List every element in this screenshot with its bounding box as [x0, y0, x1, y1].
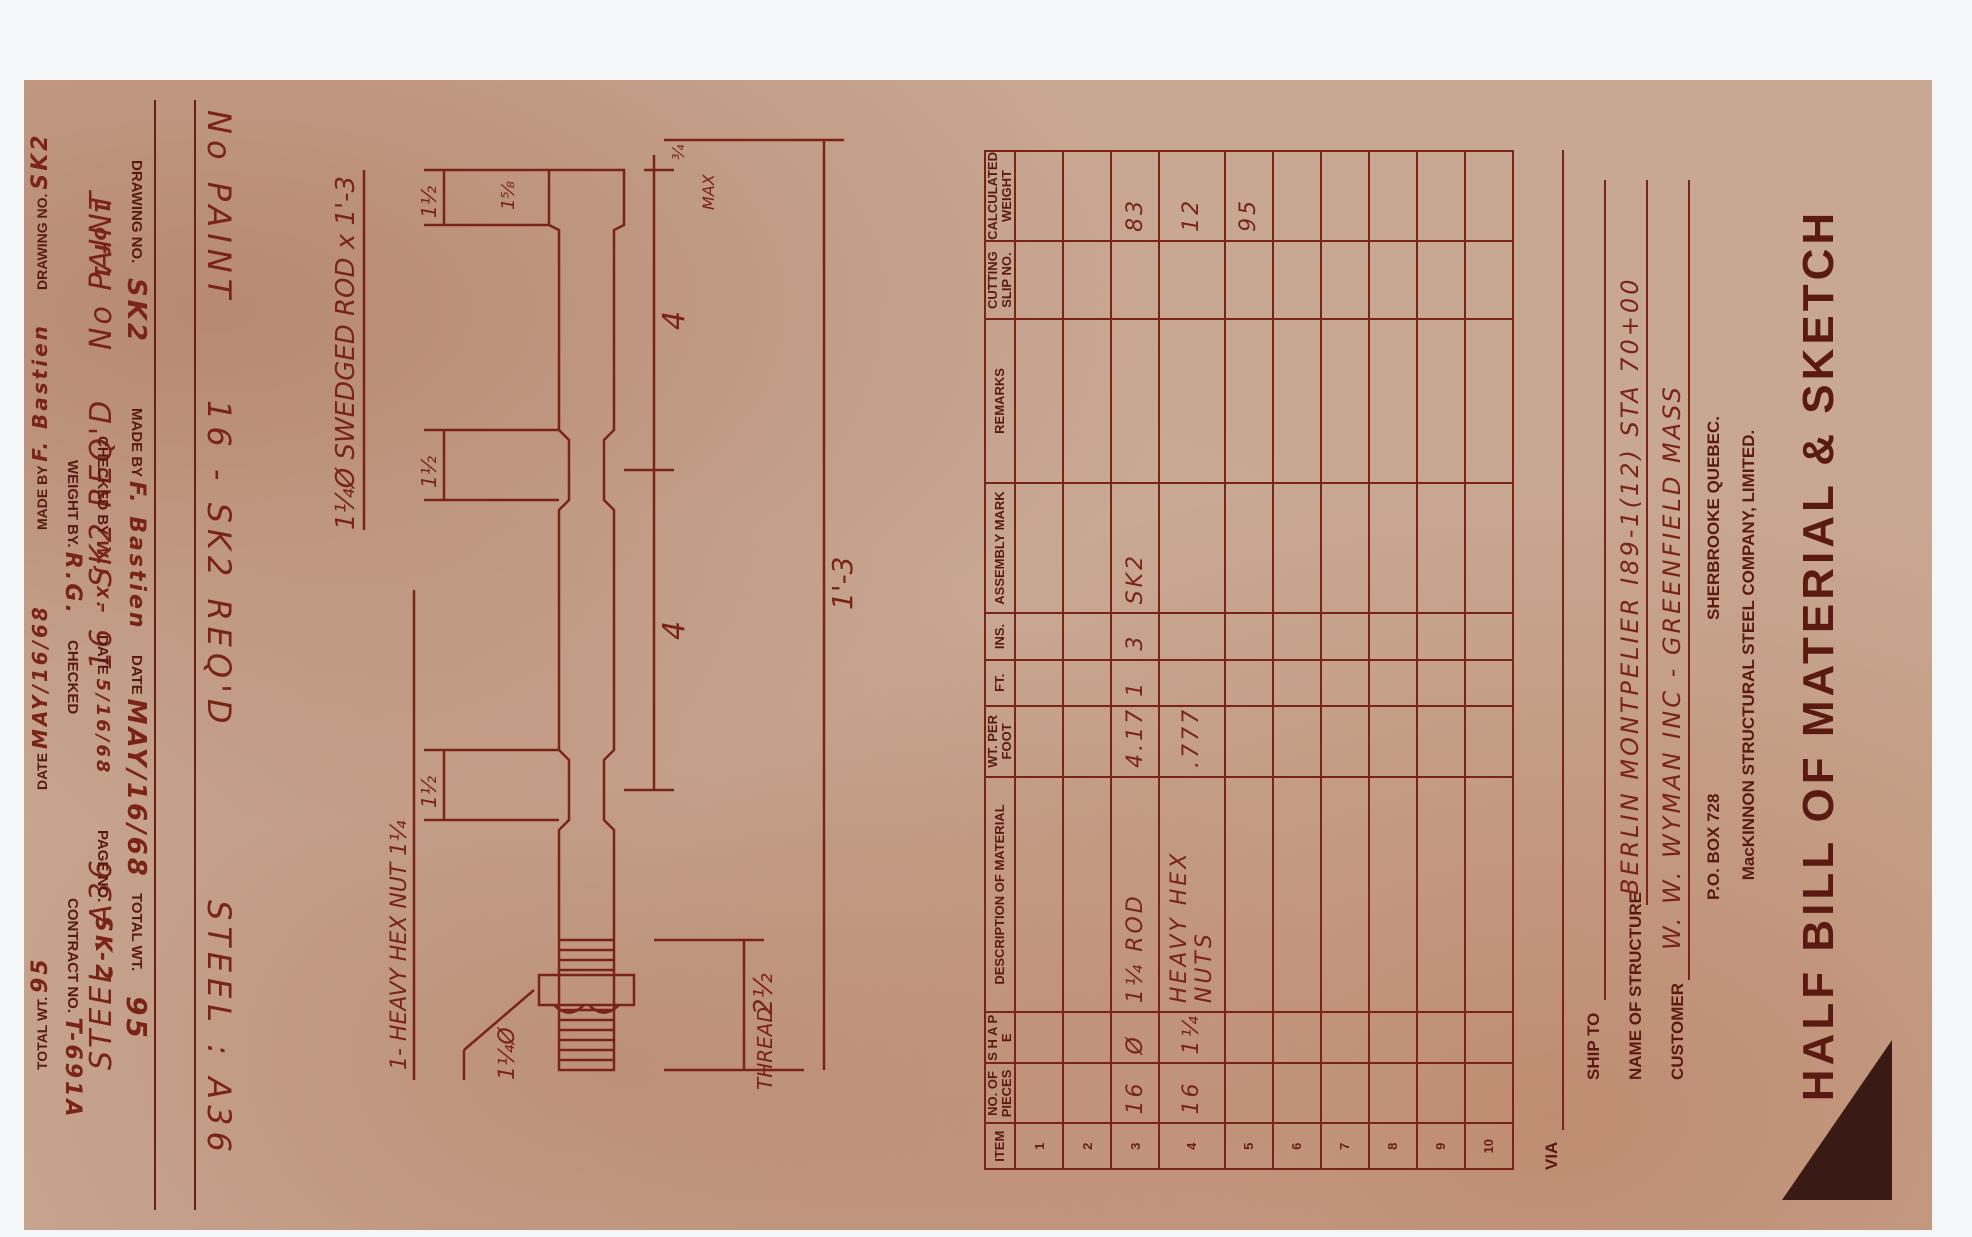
- length-ins-cell: 3: [1111, 613, 1159, 659]
- remarks-cell: [1465, 319, 1513, 482]
- made-by-value: F. Bastien: [124, 481, 149, 631]
- wt-per-foot-cell: [1225, 706, 1273, 777]
- calculated-weight-cell: [1417, 151, 1465, 241]
- customer-label: CUSTOMER: [1668, 983, 1688, 1080]
- remarks-cell: [1063, 319, 1111, 482]
- length-ins-cell: [1465, 613, 1513, 659]
- remarks-cell: [1159, 319, 1225, 482]
- length-ft-cell: [1063, 660, 1111, 706]
- rotated-form: HALF BILL OF MATERIAL & SKETCH MacKINNON…: [24, 80, 1932, 1230]
- header-item: ITEM: [985, 1123, 1015, 1169]
- header-remarks: REMARKS: [985, 319, 1015, 482]
- cutting-slip-cell: [1063, 241, 1111, 319]
- shape-cell: [1465, 1012, 1513, 1063]
- assembly-mark-cell: [1063, 483, 1111, 614]
- table-row: 7: [1321, 151, 1369, 1169]
- contract-no-label: CONTRACT NO.: [64, 898, 81, 1013]
- item-number: 2: [1063, 1123, 1111, 1169]
- shape-cell: Ø: [1111, 1012, 1159, 1063]
- sheet-of-value: 1 of 1: [90, 200, 114, 282]
- checked-row: 1 of 1 CHECKED BY W.J.X. DATE 5/16/68 PA…: [90, 160, 115, 983]
- form-title: HALF BILL OF MATERIAL & SKETCH: [1794, 80, 1844, 1230]
- wt-per-foot-cell: [1369, 706, 1417, 777]
- title-block-overlay: No PAINT 16 - SK2 REQ'D STEEL : A36 DRAW…: [24, 80, 284, 1230]
- ship-to-underline: [1604, 180, 1606, 1000]
- description-cell: [1273, 777, 1321, 1012]
- max-dia-label: 1⅝: [498, 181, 519, 210]
- calculated-weight-cell: [1465, 151, 1513, 241]
- header-length-ft: FT.: [985, 660, 1015, 706]
- shape-cell: [1321, 1012, 1369, 1063]
- rod-sketch: 1'-3 2½ THREAD ¾ 4 4 1½ 1½ 1½ 1⅝ MAX 1¼Ø…: [184, 80, 964, 1230]
- assembly-mark-cell: [1225, 483, 1273, 614]
- description-cell: HEAVY HEX NUTS: [1159, 777, 1225, 1012]
- shape-cell: [1015, 1012, 1063, 1063]
- assembly-mark-cell: [1465, 483, 1513, 614]
- table-row: 5 95: [1225, 151, 1273, 1169]
- table-row: 2: [1063, 151, 1111, 1169]
- remarks-cell: [1321, 319, 1369, 482]
- shape-cell: [1225, 1012, 1273, 1063]
- pieces-cell: [1273, 1063, 1321, 1123]
- pieces-cell: [1063, 1063, 1111, 1123]
- table-row: 4 16 1¼ HEAVY HEX NUTS .777 12: [1159, 151, 1225, 1169]
- length-ins-cell: [1159, 613, 1225, 659]
- shape-cell: [1417, 1012, 1465, 1063]
- swage-width-3-label: 1½: [417, 775, 441, 808]
- company-name: MacKINNON STRUCTURAL STEEL COMPANY, LIMI…: [1739, 80, 1759, 1230]
- item-number: 5: [1225, 1123, 1273, 1169]
- length-ft-cell: [1159, 660, 1225, 706]
- item-number: 10: [1465, 1123, 1513, 1169]
- assembly-mark-cell: SK2: [1111, 483, 1159, 614]
- rod-callout: 1¼Ø SWEDGED ROD x 1'-3: [331, 176, 361, 530]
- wt-per-foot-cell: [1465, 706, 1513, 777]
- table-row: 6: [1273, 151, 1321, 1169]
- pieces-cell: [1015, 1063, 1063, 1123]
- nut-dia-label: 1¼Ø: [495, 1027, 520, 1080]
- remarks-cell: [1369, 319, 1417, 482]
- structure-label: NAME OF STRUCTURE: [1626, 892, 1646, 1080]
- checked-date-value: 5/16/68: [92, 679, 113, 776]
- via-underline: [1562, 150, 1564, 1130]
- ship-to-field: SHIP TO: [1570, 180, 1610, 1080]
- description-cell: [1063, 777, 1111, 1012]
- cutting-slip-cell: [1015, 241, 1063, 319]
- description-cell: [1321, 777, 1369, 1012]
- swedged-rod-drawing: 1'-3 2½ THREAD ¾ 4 4 1½ 1½ 1½ 1⅝ MAX 1¼Ø…: [184, 80, 964, 1230]
- pieces-cell: [1225, 1063, 1273, 1123]
- description-cell: [1369, 777, 1417, 1012]
- date-label: DATE: [128, 655, 145, 695]
- table-row: 3 16 Ø 1¼ ROD 4.17 1 3 SK2 83: [1111, 151, 1159, 1169]
- cutting-slip-cell: [1273, 241, 1321, 319]
- cutting-slip-cell: [1417, 241, 1465, 319]
- assembly-mark-cell: [1159, 483, 1225, 614]
- item-number: 1: [1015, 1123, 1063, 1169]
- structure-value: BERLIN MONTPELIER I89-1(12) STA 70+00: [1616, 277, 1644, 895]
- max-label: MAX: [699, 173, 718, 210]
- bill-of-material-table: ITEM NO. OF PIECES S H A P E DESCRIPTION…: [984, 150, 1514, 1170]
- pieces-cell: 16: [1111, 1063, 1159, 1123]
- drawing-no-label: DRAWING NO.: [128, 160, 145, 263]
- cutting-slip-cell: [1111, 241, 1159, 319]
- length-ft-cell: [1225, 660, 1273, 706]
- made-by-label: MADE BY: [128, 408, 145, 477]
- nut-callout: 1- HEAVY HEX NUT 1¼: [387, 820, 412, 1070]
- thread-label: THREAD: [753, 1007, 777, 1090]
- mark-note-vertical: 16 - SK2 REQ'D: [200, 400, 238, 730]
- spacing-1-label: 4: [657, 311, 692, 330]
- description-cell: [1465, 777, 1513, 1012]
- shape-cell: [1273, 1012, 1321, 1063]
- length-ins-cell: [1273, 613, 1321, 659]
- calculated-weight-cell: [1273, 151, 1321, 241]
- calculated-weight-cell: 95: [1225, 151, 1273, 241]
- steel-note-vertical: STEEL : A36: [200, 900, 238, 1158]
- pieces-cell: [1417, 1063, 1465, 1123]
- via-field: VIA: [1528, 150, 1568, 1170]
- calculated-weight-cell: 83: [1111, 151, 1159, 241]
- structure-underline: [1646, 180, 1648, 905]
- document-sheet: HALF BILL OF MATERIAL & SKETCH MacKINNON…: [24, 80, 1932, 1230]
- remarks-cell: [1111, 319, 1159, 482]
- overall-length-label: 1'-3: [826, 557, 859, 610]
- item-number: 9: [1417, 1123, 1465, 1169]
- header-shape: S H A P E: [985, 1012, 1015, 1063]
- description-cell: 1¼ ROD: [1111, 777, 1159, 1012]
- header-cutting-slip: CUTTING SLIP NO.: [985, 241, 1015, 319]
- header-length-ins: INS.: [985, 613, 1015, 659]
- cutting-slip-cell: [1465, 241, 1513, 319]
- total-wt-value: 95: [120, 996, 153, 1041]
- page-no-label: PAGE NO.: [94, 830, 111, 902]
- cutting-slip-cell: [1225, 241, 1273, 319]
- table-header-row: ITEM NO. OF PIECES S H A P E DESCRIPTION…: [985, 151, 1015, 1169]
- wt-per-foot-cell: [1015, 706, 1063, 777]
- item-number: 8: [1369, 1123, 1417, 1169]
- title-block-border: [154, 100, 156, 1210]
- header-description: DESCRIPTION OF MATERIAL: [985, 777, 1015, 1012]
- weight-by-label: WEIGHT BY.: [64, 460, 81, 548]
- wt-per-foot-cell: [1273, 706, 1321, 777]
- calculated-weight-cell: [1063, 151, 1111, 241]
- checked-by-label: CHECKED BY: [94, 436, 111, 535]
- swage-width-2-label: 1½: [417, 455, 441, 488]
- description-cell: [1417, 777, 1465, 1012]
- item-number: 7: [1321, 1123, 1369, 1169]
- length-ft-cell: 1: [1111, 660, 1159, 706]
- length-ft-cell: [1321, 660, 1369, 706]
- drawing-no-row: DRAWING NO. SK2 MADE BY F. Bastien DATE …: [120, 160, 153, 1040]
- length-ins-cell: [1417, 613, 1465, 659]
- wt-per-foot-cell: [1063, 706, 1111, 777]
- header-assembly-mark: ASSEMBLY MARK: [985, 483, 1015, 614]
- wt-per-foot-cell: 4.17: [1111, 706, 1159, 777]
- po-box: P.O. BOX 728: [1704, 794, 1724, 900]
- item-number: 3: [1111, 1123, 1159, 1169]
- remarks-cell: [1417, 319, 1465, 482]
- remarks-cell: [1225, 319, 1273, 482]
- length-ft-cell: [1273, 660, 1321, 706]
- pieces-cell: 16: [1159, 1063, 1225, 1123]
- total-wt-label: TOTAL WT.: [128, 893, 145, 971]
- table-row: 10: [1465, 151, 1513, 1169]
- remarks-cell: [1015, 319, 1063, 482]
- calculated-weight-cell: [1321, 151, 1369, 241]
- header-calculated-weight: CALCULATED WEIGHT: [985, 151, 1015, 241]
- drawing-no-value: SK2: [121, 278, 151, 344]
- table-row: 9: [1417, 151, 1465, 1169]
- cutting-slip-cell: [1321, 241, 1369, 319]
- length-ft-cell: [1369, 660, 1417, 706]
- table-row: 1: [1015, 151, 1063, 1169]
- paint-note-vertical: No PAINT: [200, 110, 238, 304]
- wt-per-foot-cell: [1321, 706, 1369, 777]
- customer-field: CUSTOMER W. W. WYMAN INC - GREENFIELD MA…: [1654, 180, 1694, 1080]
- length-ft-cell: [1015, 660, 1063, 706]
- calculated-weight-cell: 12: [1159, 151, 1225, 241]
- assembly-mark-cell: [1369, 483, 1417, 614]
- ship-to-label: SHIP TO: [1584, 1013, 1604, 1080]
- calculated-weight-cell: [1369, 151, 1417, 241]
- customer-underline: [1688, 180, 1690, 980]
- item-number: 4: [1159, 1123, 1225, 1169]
- cutting-slip-cell: [1159, 241, 1225, 319]
- customer-value: W. W. WYMAN INC - GREENFIELD MASS: [1658, 384, 1686, 950]
- pieces-cell: [1369, 1063, 1417, 1123]
- item-number: 6: [1273, 1123, 1321, 1169]
- weight-row: WEIGHT BY. R.G. CHECKED CONTRACT NO. T-6…: [60, 160, 85, 1119]
- weight-by-value: R.G.: [60, 552, 85, 616]
- header-wt-per-foot: WT. PER FOOT: [985, 706, 1015, 777]
- pieces-cell: [1321, 1063, 1369, 1123]
- pieces-cell: [1465, 1063, 1513, 1123]
- checked-by-value: W.J.X.: [93, 540, 112, 611]
- page-no-value: SK-2: [90, 916, 115, 983]
- wt-per-foot-cell: [1417, 706, 1465, 777]
- company-city: SHERBROOKE QUEBEC.: [1704, 416, 1724, 620]
- shape-cell: [1369, 1012, 1417, 1063]
- spacing-2-label: 4: [657, 621, 692, 640]
- description-cell: [1015, 777, 1063, 1012]
- wt-per-foot-cell: .777: [1159, 706, 1225, 777]
- length-ins-cell: [1225, 613, 1273, 659]
- description-cell: [1225, 777, 1273, 1012]
- length-ins-cell: [1015, 613, 1063, 659]
- length-ft-cell: [1465, 660, 1513, 706]
- via-label: VIA: [1542, 1142, 1562, 1170]
- length-ft-cell: [1417, 660, 1465, 706]
- assembly-mark-cell: [1321, 483, 1369, 614]
- header-pieces: NO. OF PIECES: [985, 1063, 1015, 1123]
- shape-cell: 1¼: [1159, 1012, 1225, 1063]
- length-ins-cell: [1321, 613, 1369, 659]
- length-ins-cell: [1063, 613, 1111, 659]
- title-block-border: [194, 100, 196, 1210]
- end-offset-label: ¾: [669, 144, 688, 160]
- structure-field: NAME OF STRUCTURE BERLIN MONTPELIER I89-…: [1612, 180, 1652, 1080]
- shape-cell: [1063, 1012, 1111, 1063]
- checked-date-label: DATE: [94, 635, 111, 675]
- contract-no-value: T-691A: [60, 1018, 85, 1120]
- assembly-mark-cell: [1273, 483, 1321, 614]
- weight-checked-label: CHECKED: [64, 640, 81, 714]
- cutting-slip-cell: [1369, 241, 1417, 319]
- length-ins-cell: [1369, 613, 1417, 659]
- calculated-weight-cell: [1015, 151, 1063, 241]
- date-value: MAY/16/68: [121, 699, 151, 879]
- remarks-cell: [1273, 319, 1321, 482]
- table-row: 8: [1369, 151, 1417, 1169]
- swage-width-1-label: 1½: [417, 185, 441, 218]
- assembly-mark-cell: [1015, 483, 1063, 614]
- assembly-mark-cell: [1417, 483, 1465, 614]
